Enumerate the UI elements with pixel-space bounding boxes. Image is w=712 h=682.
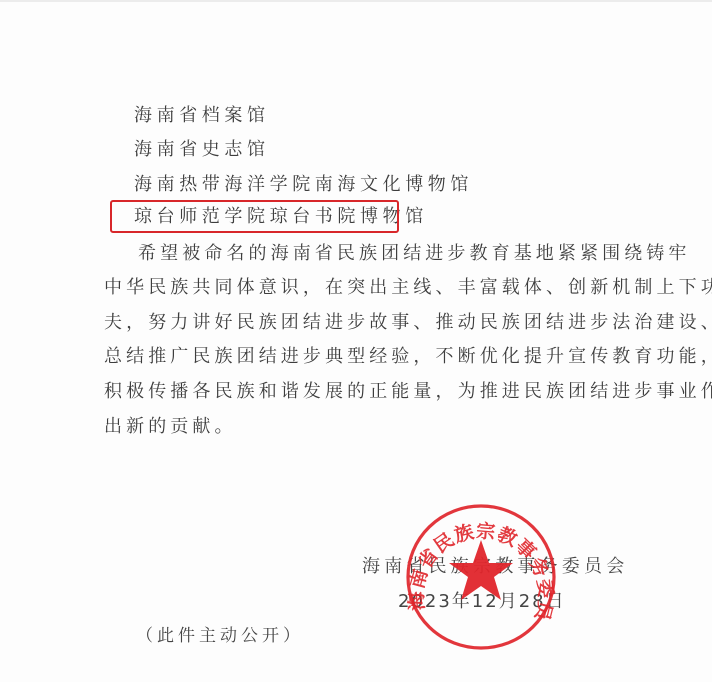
issuer-signature: 海南省民族宗教事务委员会 <box>362 556 628 578</box>
paragraph-line: 积极传播各民族和谐发展的正能量，为推进民族团结进步事业作 <box>104 381 712 403</box>
highlight-annotation-box <box>110 200 399 233</box>
institution-item: 海南省史志馆 <box>134 139 270 161</box>
disclosure-note: （此件主动公开） <box>136 625 304 647</box>
institution-item: 海南省档案馆 <box>134 105 270 127</box>
paragraph-line: 希望被命名的海南省民族团结进步教育基地紧紧围绕铸牢 <box>138 243 691 265</box>
paragraph-line: 夫，努力讲好民族团结进步故事、推动民族团结进步法治建设、 <box>104 312 712 334</box>
issue-date: 2023年12月28日 <box>398 591 566 613</box>
institution-item: 海南热带海洋学院南海文化博物馆 <box>134 174 473 196</box>
top-edge-shadow <box>0 0 712 2</box>
paragraph-line: 总结推广民族团结进步典型经验，不断优化提升宣传教育功能， <box>104 346 712 368</box>
paragraph-line: 中华民族共同体意识，在突出主线、丰富载体、创新机制上下功 <box>104 277 712 299</box>
paragraph-line: 出新的贡献。 <box>104 416 237 438</box>
